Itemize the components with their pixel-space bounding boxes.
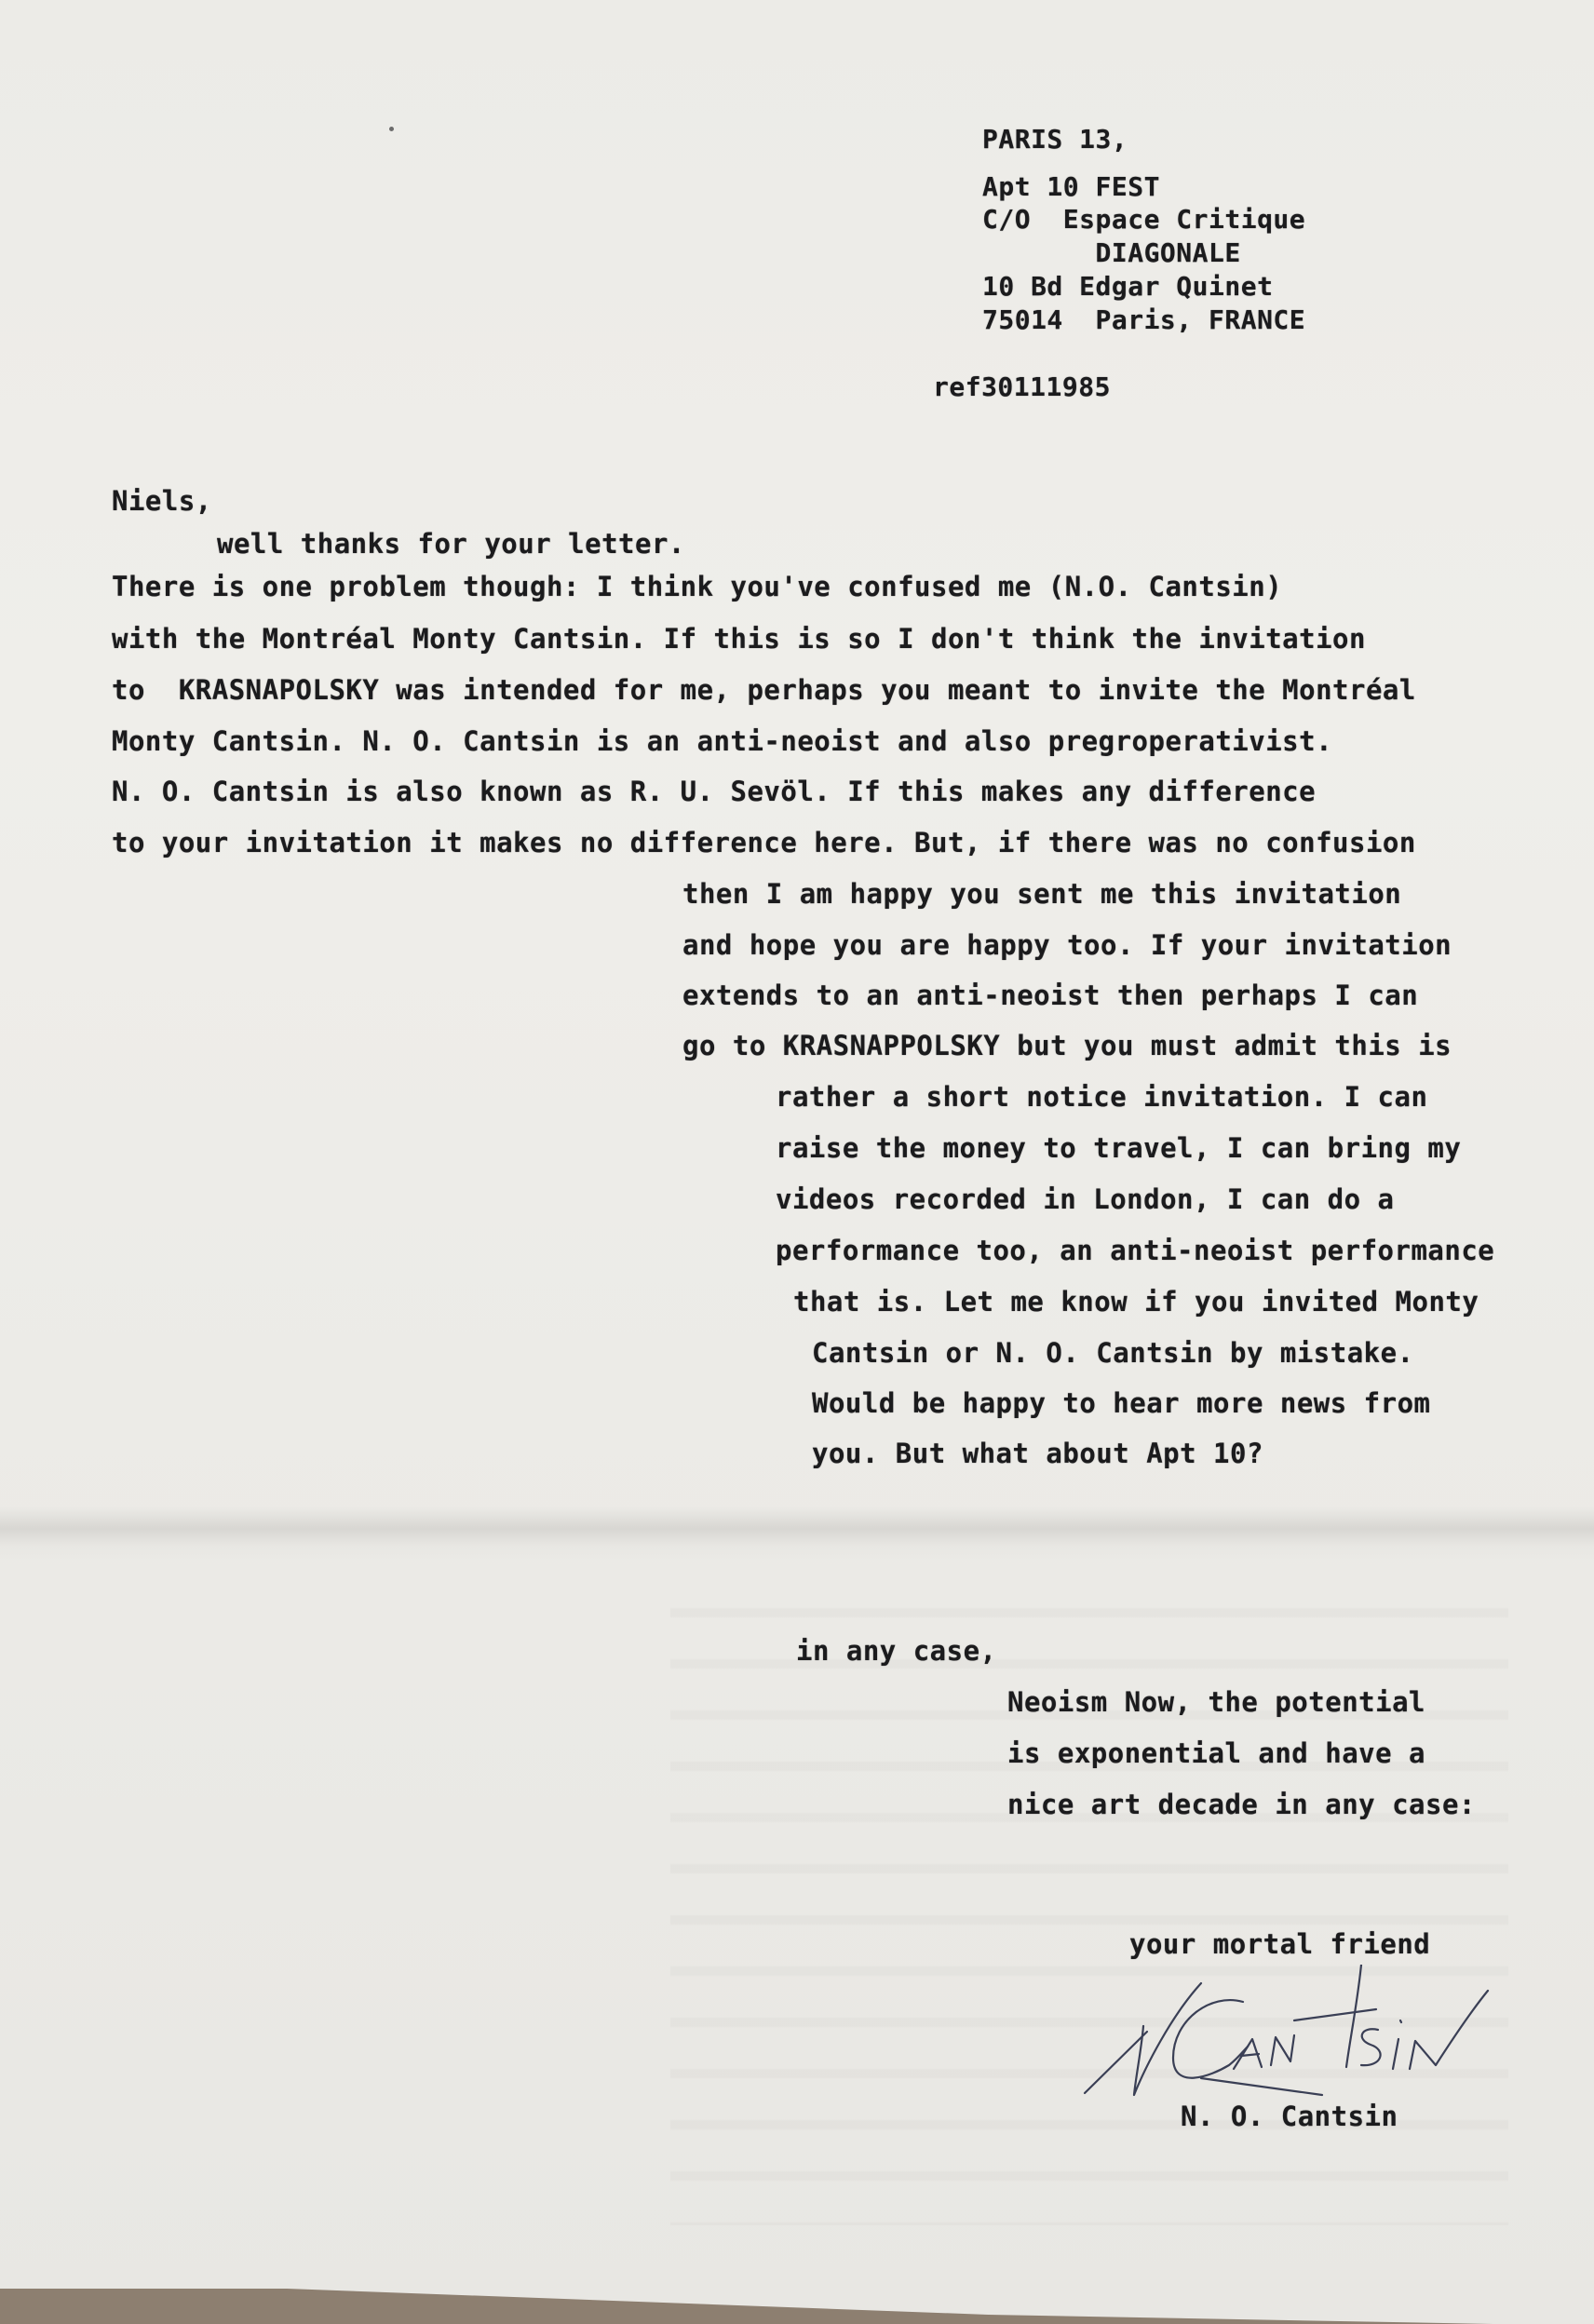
body-line: N. O. Cantsin is also known as R. U. Sev…: [112, 776, 1316, 807]
body-line: Monty Cantsin. N. O. Cantsin is an anti-…: [112, 725, 1332, 757]
address-line: 75014 Paris, FRANCE: [982, 304, 1305, 336]
body-line: extends to an anti-neoist then perhaps I…: [682, 980, 1418, 1011]
body-line: that is. Let me know if you invited Mont…: [793, 1286, 1479, 1317]
paper-speck: [389, 127, 394, 131]
body-line: with the Montréal Monty Cantsin. If this…: [112, 623, 1366, 655]
body-line: rather a short notice invitation. I can: [776, 1081, 1427, 1113]
body-line: you. But what about Apt 10?: [812, 1438, 1263, 1469]
body-line: There is one problem though: I think you…: [112, 571, 1282, 602]
opening-line: well thanks for your letter.: [217, 528, 685, 560]
closing-line: nice art decade in any case:: [1007, 1789, 1476, 1820]
body-line: go to KRASNAPPOLSKY but you must admit t…: [682, 1030, 1452, 1061]
body-line: then I am happy you sent me this invitat…: [682, 878, 1401, 910]
address-line: Apt 10 FEST: [982, 171, 1160, 203]
reference-number: ref30111985: [933, 372, 1111, 403]
body-line: Cantsin or N. O. Cantsin by mistake.: [812, 1337, 1414, 1369]
closing-line: is exponential and have a: [1007, 1737, 1425, 1769]
signatory-name: N. O. Cantsin: [1181, 2101, 1398, 2132]
letter-page: PARIS 13, Apt 10 FEST C/O Espace Critiqu…: [0, 0, 1594, 2324]
body-line: Would be happy to hear more news from: [812, 1387, 1431, 1419]
body-line: raise the money to travel, I can bring m…: [776, 1132, 1461, 1164]
address-line: PARIS 13,: [982, 124, 1128, 155]
salutation: Niels,: [112, 485, 212, 517]
address-line: C/O Espace Critique: [982, 204, 1305, 236]
body-line: to your invitation it makes no differenc…: [112, 827, 1416, 858]
paper-fold-crease: [0, 1507, 1594, 1562]
address-line: DIAGONALE: [982, 237, 1241, 269]
body-line: and hope you are happy too. If your invi…: [682, 929, 1452, 961]
closing-intro: in any case,: [796, 1635, 997, 1667]
body-line: videos recorded in London, I can do a: [776, 1183, 1395, 1215]
handwritten-signature: [1071, 1965, 1499, 2104]
closing-line: Neoism Now, the potential: [1007, 1686, 1425, 1718]
valediction: your mortal friend: [1129, 1928, 1430, 1960]
address-line: 10 Bd Edgar Quinet: [982, 271, 1273, 303]
body-line: performance too, an anti-neoist performa…: [776, 1235, 1494, 1266]
body-line: to KRASNAPOLSKY was intended for me, per…: [112, 674, 1416, 706]
